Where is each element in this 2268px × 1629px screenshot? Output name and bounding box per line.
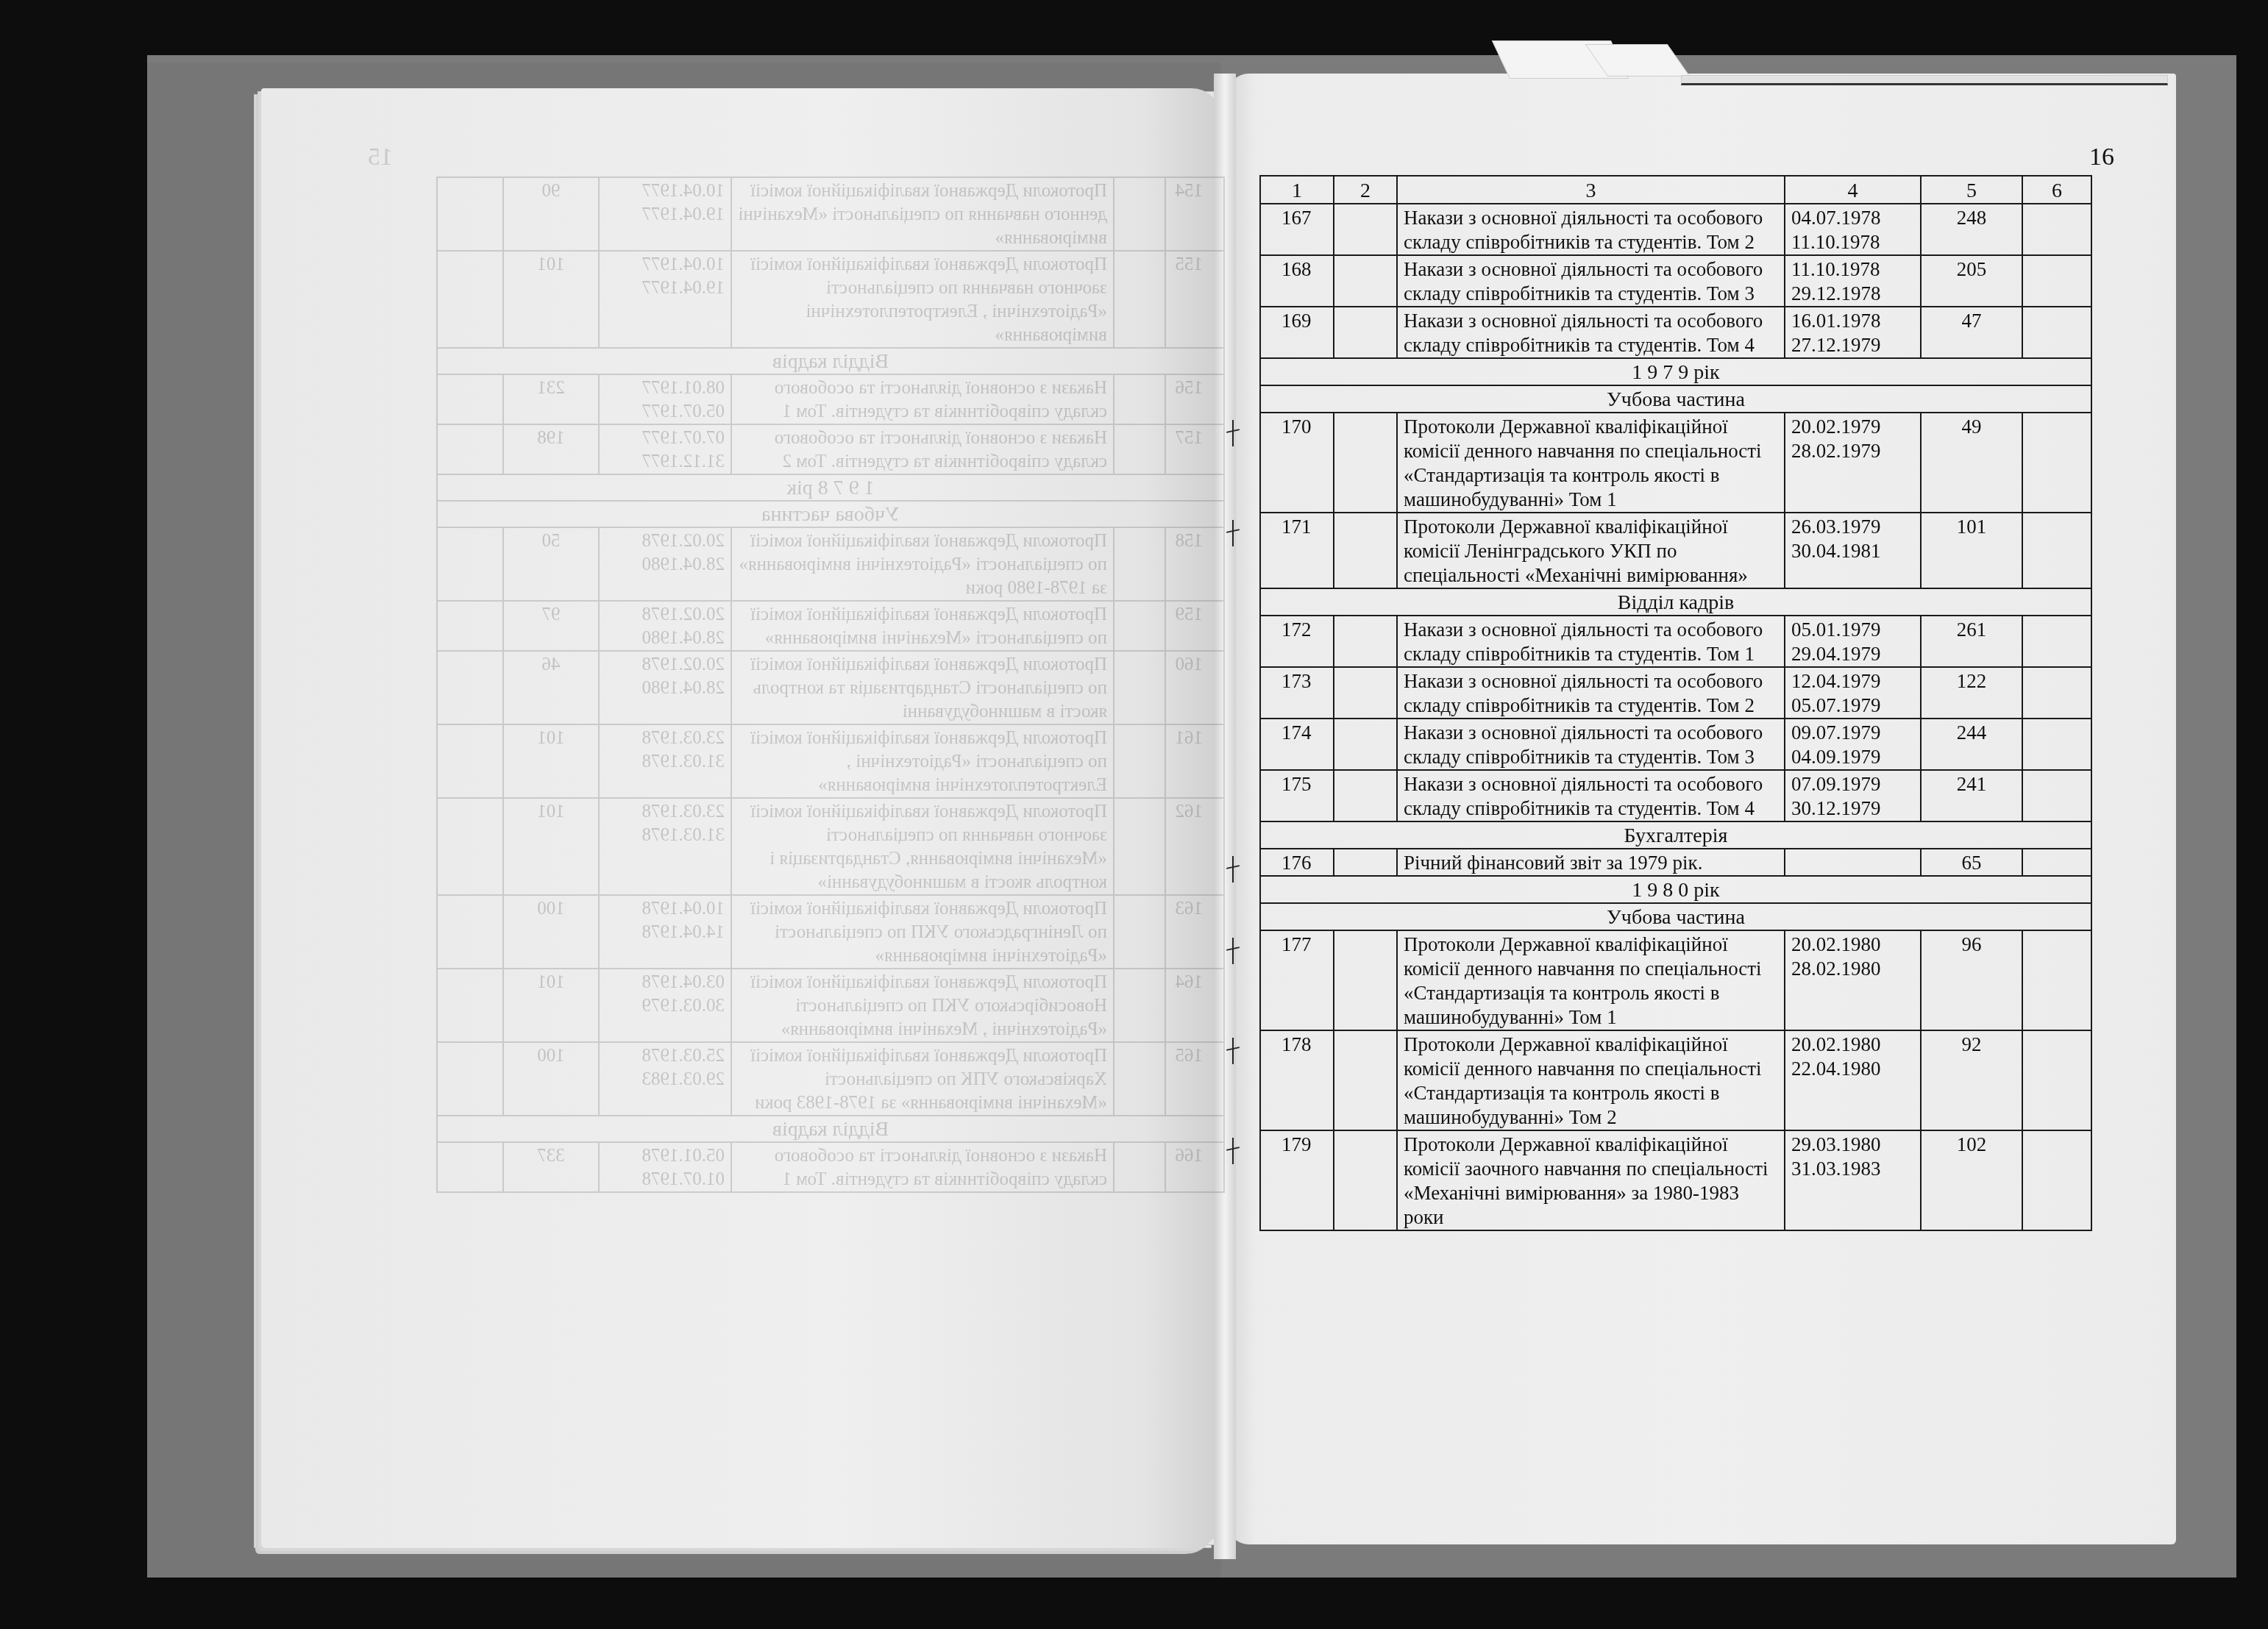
item-title: Накази з основної діяльності та особовог… [1397, 255, 1785, 307]
register-row: 165Протоколи Державної кваліфікаційної к… [437, 1042, 1224, 1116]
index-cell [1334, 1130, 1397, 1230]
date-range: 26.03.197930.04.1981 [1785, 513, 1921, 588]
sheet-count: 96 [1921, 930, 2022, 1030]
note-cell [2022, 616, 2091, 667]
item-number: 165 [1165, 1042, 1224, 1116]
date-value: 10.04.1977 [605, 179, 725, 203]
date-value: 29.03.1980 [1791, 1133, 1914, 1157]
section-header-row: 1 9 7 9 рік [1260, 358, 2091, 385]
sheet-count: 248 [1921, 204, 2022, 255]
note-cell [2022, 255, 2091, 307]
item-number: 162 [1165, 798, 1224, 895]
index-cell [1114, 895, 1165, 969]
item-title: Протоколи Державної кваліфікаційної комі… [1397, 930, 1785, 1030]
pencil-check-mark-icon [1226, 938, 1240, 964]
register-row: 158Протоколи Державної кваліфікаційної к… [437, 527, 1224, 601]
date-value: 05.01.1979 [1791, 618, 1914, 642]
register-row: 177Протоколи Державної кваліфікаційної к… [1260, 930, 2091, 1030]
index-cell [1114, 374, 1165, 424]
item-title: Протоколи Державної кваліфікаційної комі… [1397, 1130, 1785, 1230]
item-number: 161 [1165, 724, 1224, 798]
date-value: 19.04.1977 [605, 277, 725, 300]
section-header-row: 1 9 8 0 рік [1260, 876, 2091, 903]
date-value: 05.07.1977 [605, 400, 725, 424]
date-value: 09.07.1979 [1791, 721, 1914, 745]
date-range: 10.04.197719.04.1977 [599, 177, 731, 251]
date-range: 04.07.197811.10.1978 [1785, 204, 1921, 255]
item-number: 168 [1260, 255, 1334, 307]
register-row: 155Протоколи Державної кваліфікаційної к… [437, 251, 1224, 348]
column-header-2: 2 [1334, 176, 1397, 204]
date-value: 28.04.1980 [605, 627, 725, 650]
date-value: 27.12.1979 [1791, 333, 1914, 357]
note-cell [437, 798, 503, 895]
index-cell [1114, 601, 1165, 651]
date-value: 30.03.1979 [605, 994, 725, 1018]
note-cell [437, 724, 503, 798]
pencil-check-mark-icon [1226, 856, 1240, 883]
item-number: 159 [1165, 601, 1224, 651]
item-number: 160 [1165, 651, 1224, 724]
item-number: 164 [1165, 969, 1224, 1042]
column-header-4: 4 [1785, 176, 1921, 204]
item-title: Накази з основної діяльності та особовог… [731, 424, 1114, 474]
index-cell [1114, 527, 1165, 601]
item-number: 179 [1260, 1130, 1334, 1230]
sheet-count: 90 [503, 177, 599, 251]
item-number: 178 [1260, 1030, 1334, 1130]
date-range: 12.04.197905.07.1979 [1785, 667, 1921, 719]
register-row: 163Протоколи Державної кваліфікаційної к… [437, 895, 1224, 969]
pencil-check-mark-icon [1226, 1038, 1240, 1064]
index-cell [1114, 177, 1165, 251]
date-range: 07.09.197930.12.1979 [1785, 770, 1921, 821]
register-row: 173Накази з основної діяльності та особо… [1260, 667, 2091, 719]
date-value: 07.07.1977 [605, 427, 725, 450]
item-number: 155 [1165, 251, 1224, 348]
column-header-3: 3 [1397, 176, 1785, 204]
date-value: 05.07.1979 [1791, 694, 1914, 718]
index-cell [1114, 251, 1165, 348]
item-number: 169 [1260, 307, 1334, 358]
section-label: Учбова частина [1260, 903, 2091, 930]
date-range: 29.03.198031.03.1983 [1785, 1130, 1921, 1230]
note-cell [2022, 307, 2091, 358]
sheet-count: 122 [1921, 667, 2022, 719]
left-page-bleedthrough-table: 154Протоколи Державної кваліфікаційної к… [408, 177, 1225, 1193]
section-header-row: Відділ кадрів [1260, 588, 2091, 616]
index-cell [1114, 798, 1165, 895]
note-cell [2022, 204, 2091, 255]
date-value: 01.07.1978 [605, 1168, 725, 1191]
section-label: Учбова частина [1260, 385, 2091, 413]
sheet-count: 100 [503, 1042, 599, 1116]
section-label: Учбова частина [437, 501, 1224, 527]
note-cell [437, 1042, 503, 1116]
date-range: 10.04.197719.04.1977 [599, 251, 731, 348]
register-row: 169Накази з основної діяльності та особо… [1260, 307, 2091, 358]
date-value: 20.02.1980 [1791, 1033, 1914, 1057]
date-range: 20.02.198028.02.1980 [1785, 930, 1921, 1030]
item-number: 177 [1260, 930, 1334, 1030]
item-title: Протоколи Державної кваліфікаційної комі… [1397, 513, 1785, 588]
item-number: 158 [1165, 527, 1224, 601]
item-title: Накази з основної діяльності та особовог… [1397, 307, 1785, 358]
item-number: 171 [1260, 513, 1334, 588]
date-range: 11.10.197829.12.1978 [1785, 255, 1921, 307]
note-cell [437, 601, 503, 651]
note-cell [2022, 770, 2091, 821]
date-value: 11.10.1978 [1791, 230, 1914, 254]
left-page-number: 15 [368, 143, 393, 171]
date-value: 10.04.1977 [605, 253, 725, 277]
section-header-row: Відділ кадрів [437, 348, 1224, 374]
date-value: 16.01.1978 [1791, 309, 1914, 333]
date-range: 23.03.197831.03.1978 [599, 798, 731, 895]
date-value: 20.02.1979 [1791, 415, 1914, 439]
date-value: 12.04.1979 [1791, 669, 1914, 694]
date-value: 23.03.1978 [605, 800, 725, 824]
item-title: Протоколи Державної кваліфікаційної комі… [731, 1042, 1114, 1116]
register-row: 166Накази з основної діяльності та особо… [437, 1142, 1224, 1192]
date-value: 29.12.1978 [1791, 282, 1914, 306]
sheet-count: 102 [1921, 1130, 2022, 1230]
date-value: 26.03.1979 [1791, 515, 1914, 539]
sheet-count: 198 [503, 424, 599, 474]
item-number: 172 [1260, 616, 1334, 667]
note-cell [437, 177, 503, 251]
section-header-row: 1 9 7 8 рік [437, 474, 1224, 501]
item-number: 156 [1165, 374, 1224, 424]
date-value: 23.03.1978 [605, 727, 725, 750]
date-value: 28.04.1980 [605, 553, 725, 577]
sheet-count: 100 [503, 895, 599, 969]
note-cell [2022, 1030, 2091, 1130]
date-value: 30.04.1981 [1791, 539, 1914, 563]
item-title: Накази з основної діяльності та особовог… [1397, 204, 1785, 255]
register-row: 157Накази з основної діяльності та особо… [437, 424, 1224, 474]
pencil-check-mark-icon [1226, 520, 1240, 546]
item-title: Протоколи Державної кваліфікаційної комі… [1397, 413, 1785, 513]
date-value: 28.02.1979 [1791, 439, 1914, 463]
date-value: 04.09.1979 [1791, 745, 1914, 769]
column-number-header-row: 1 2 3 4 5 6 [1260, 176, 2091, 204]
note-cell [2022, 849, 2091, 876]
section-label: Відділ кадрів [437, 1116, 1224, 1142]
date-range: 10.04.197814.04.1978 [599, 895, 731, 969]
index-cell [1334, 413, 1397, 513]
register-row: 162Протоколи Державної кваліфікаційної к… [437, 798, 1224, 895]
date-value: 05.01.1978 [605, 1144, 725, 1168]
date-value: 29.04.1979 [1791, 642, 1914, 666]
index-cell [1334, 307, 1397, 358]
date-range: 20.02.197828.04.1980 [599, 651, 731, 724]
sheet-count: 46 [503, 651, 599, 724]
register-row: 156Накази з основної діяльності та особо… [437, 374, 1224, 424]
note-cell [2022, 413, 2091, 513]
index-cell [1334, 849, 1397, 876]
section-label: 1 9 8 0 рік [1260, 876, 2091, 903]
item-title: Протоколи Державної кваліфікаційної комі… [731, 895, 1114, 969]
register-row: 174Накази з основної діяльності та особо… [1260, 719, 2091, 770]
item-title: Протоколи Державної кваліфікаційної комі… [731, 251, 1114, 348]
date-value: 20.02.1980 [1791, 933, 1914, 957]
register-row: 167Накази з основної діяльності та особо… [1260, 204, 2091, 255]
date-range: 05.01.197929.04.1979 [1785, 616, 1921, 667]
date-value: 07.09.1979 [1791, 772, 1914, 796]
index-cell [1334, 667, 1397, 719]
item-title: Протоколи Державної кваліфікаційної комі… [731, 724, 1114, 798]
date-value: 25.03.1978 [605, 1044, 725, 1068]
date-range [1785, 849, 1921, 876]
date-value: 03.04.1978 [605, 971, 725, 994]
date-value: 31.03.1978 [605, 750, 725, 774]
index-cell [1114, 424, 1165, 474]
sheet-count: 101 [503, 969, 599, 1042]
register-row: 168Накази з основної діяльності та особо… [1260, 255, 2091, 307]
sheet-count: 244 [1921, 719, 2022, 770]
sheet-count: 261 [1921, 616, 2022, 667]
note-cell [437, 895, 503, 969]
item-number: 176 [1260, 849, 1334, 876]
index-cell [1334, 1030, 1397, 1130]
item-number: 167 [1260, 204, 1334, 255]
date-range: 20.02.198022.04.1980 [1785, 1030, 1921, 1130]
column-header-1: 1 [1260, 176, 1334, 204]
register-row: 154Протоколи Державної кваліфікаційної к… [437, 177, 1224, 251]
note-cell [2022, 513, 2091, 588]
note-cell [437, 969, 503, 1042]
date-value: 04.07.1978 [1791, 206, 1914, 230]
item-title: Протоколи Державної кваліфікаційної комі… [731, 177, 1114, 251]
date-value: 10.04.1978 [605, 897, 725, 921]
section-label: Відділ кадрів [437, 348, 1224, 374]
sheet-count: 101 [503, 251, 599, 348]
index-cell [1334, 616, 1397, 667]
inventory-register-table: 1 2 3 4 5 6 167Накази з основної діяльно… [1259, 175, 2092, 1231]
date-value: 14.04.1978 [605, 921, 725, 944]
sheet-count: 97 [503, 601, 599, 651]
register-row: 159Протоколи Державної кваліфікаційної к… [437, 601, 1224, 651]
date-value: 30.12.1979 [1791, 796, 1914, 821]
section-header-row: Учбова частина [437, 501, 1224, 527]
register-row: 164Протоколи Державної кваліфікаційної к… [437, 969, 1224, 1042]
column-header-5: 5 [1921, 176, 2022, 204]
date-range: 20.02.197928.02.1979 [1785, 413, 1921, 513]
section-header-row: Учбова частина [1260, 903, 2091, 930]
section-header-row: Бухгалтерія [1260, 821, 2091, 849]
date-value: 29.03.1983 [605, 1068, 725, 1091]
register-row: 170Протоколи Державної кваліфікаційної к… [1260, 413, 2091, 513]
index-cell [1114, 651, 1165, 724]
section-label: 1 9 7 9 рік [1260, 358, 2091, 385]
item-title: Протоколи Державної кваліфікаційної комі… [731, 651, 1114, 724]
item-title: Протоколи Державної кваліфікаційної комі… [731, 601, 1114, 651]
sheet-count: 101 [503, 724, 599, 798]
item-title: Накази з основної діяльності та особовог… [1397, 770, 1785, 821]
index-cell [1114, 1042, 1165, 1116]
register-row: 179Протоколи Державної кваліфікаційної к… [1260, 1130, 2091, 1230]
index-cell [1334, 930, 1397, 1030]
date-value: 22.04.1980 [1791, 1057, 1914, 1081]
date-range: 03.04.197830.03.1979 [599, 969, 731, 1042]
item-title: Накази з основної діяльності та особовог… [731, 374, 1114, 424]
register-row: 178Протоколи Державної кваліфікаційної к… [1260, 1030, 2091, 1130]
date-range: 09.07.197904.09.1979 [1785, 719, 1921, 770]
sheet-count: 92 [1921, 1030, 2022, 1130]
sheet-count: 101 [1921, 513, 2022, 588]
date-value: 28.02.1980 [1791, 957, 1914, 981]
date-value: 31.03.1983 [1791, 1157, 1914, 1181]
item-number: 175 [1260, 770, 1334, 821]
column-header-6: 6 [2022, 176, 2091, 204]
index-cell [1334, 719, 1397, 770]
date-value: 31.12.1977 [605, 450, 725, 474]
item-title: Річний фінансовий звіт за 1979 рік. [1397, 849, 1785, 876]
item-title: Накази з основної діяльності та особовог… [1397, 616, 1785, 667]
note-cell [437, 374, 503, 424]
item-number: 154 [1165, 177, 1224, 251]
note-cell [2022, 667, 2091, 719]
register-row: 172Накази з основної діяльності та особо… [1260, 616, 2091, 667]
pencil-check-mark-icon [1226, 1138, 1240, 1164]
note-cell [437, 527, 503, 601]
index-cell [1114, 969, 1165, 1042]
register-row: 176Річний фінансовий звіт за 1979 рік.65 [1260, 849, 2091, 876]
register-row: 175Накази з основної діяльності та особо… [1260, 770, 2091, 821]
date-range: 16.01.197827.12.1979 [1785, 307, 1921, 358]
section-header-row: Учбова частина [1260, 385, 2091, 413]
date-value: 08.01.1977 [605, 377, 725, 400]
item-number: 163 [1165, 895, 1224, 969]
pencil-check-mark-icon [1226, 420, 1240, 446]
page-top-edge [1681, 75, 2168, 85]
item-title: Протоколи Державної кваліфікаційної комі… [731, 798, 1114, 895]
date-value: 11.10.1978 [1791, 257, 1914, 282]
index-cell [1114, 1142, 1165, 1192]
section-label: 1 9 7 8 рік [437, 474, 1224, 501]
sheet-count: 50 [503, 527, 599, 601]
index-cell [1334, 204, 1397, 255]
item-number: 170 [1260, 413, 1334, 513]
item-title: Протоколи Державної кваліфікаційної комі… [731, 527, 1114, 601]
register-row: 160Протоколи Державної кваліфікаційної к… [437, 651, 1224, 724]
date-range: 25.03.197829.03.1983 [599, 1042, 731, 1116]
register-row: 161Протоколи Державної кваліфікаційної к… [437, 724, 1224, 798]
item-title: Протоколи Державної кваліфікаційної комі… [1397, 1030, 1785, 1130]
date-range: 07.07.197731.12.1977 [599, 424, 731, 474]
section-label: Бухгалтерія [1260, 821, 2091, 849]
date-range: 08.01.197705.07.1977 [599, 374, 731, 424]
date-range: 20.02.197828.04.1980 [599, 601, 731, 651]
date-value: 20.02.1978 [605, 653, 725, 677]
note-cell [2022, 930, 2091, 1030]
page-number: 16 [2089, 143, 2114, 171]
register-row: 171Протоколи Державної кваліфікаційної к… [1260, 513, 2091, 588]
item-title: Накази з основної діяльності та особовог… [1397, 667, 1785, 719]
sheet-count: 241 [1921, 770, 2022, 821]
note-cell [437, 251, 503, 348]
section-header-row: Відділ кадрів [437, 1116, 1224, 1142]
sheet-count: 65 [1921, 849, 2022, 876]
index-cell [1334, 770, 1397, 821]
sheet-count: 47 [1921, 307, 2022, 358]
note-cell [437, 651, 503, 724]
note-cell [2022, 1130, 2091, 1230]
item-number: 157 [1165, 424, 1224, 474]
note-cell [437, 1142, 503, 1192]
sheet-count: 231 [503, 374, 599, 424]
item-number: 166 [1165, 1142, 1224, 1192]
index-cell [1334, 255, 1397, 307]
date-value: 31.03.1978 [605, 824, 725, 847]
note-cell [437, 424, 503, 474]
date-range: 20.02.197828.04.1980 [599, 527, 731, 601]
item-number: 174 [1260, 719, 1334, 770]
date-value: 20.02.1978 [605, 530, 725, 553]
item-number: 173 [1260, 667, 1334, 719]
date-range: 23.03.197831.03.1978 [599, 724, 731, 798]
sheet-count: 101 [503, 798, 599, 895]
sheet-count: 205 [1921, 255, 2022, 307]
sheet-count: 337 [503, 1142, 599, 1192]
date-value: 28.04.1980 [605, 677, 725, 700]
item-title: Накази з основної діяльності та особовог… [731, 1142, 1114, 1192]
note-cell [2022, 719, 2091, 770]
date-value: 19.04.1977 [605, 203, 725, 227]
date-range: 05.01.197801.07.1978 [599, 1142, 731, 1192]
section-label: Відділ кадрів [1260, 588, 2091, 616]
item-title: Накази з основної діяльності та особовог… [1397, 719, 1785, 770]
index-cell [1334, 513, 1397, 588]
date-value: 20.02.1978 [605, 603, 725, 627]
sheet-count: 49 [1921, 413, 2022, 513]
index-cell [1114, 724, 1165, 798]
ghost-register-table: 154Протоколи Державної кваліфікаційної к… [436, 177, 1225, 1193]
item-title: Протоколи Державної кваліфікаційної комі… [731, 969, 1114, 1042]
